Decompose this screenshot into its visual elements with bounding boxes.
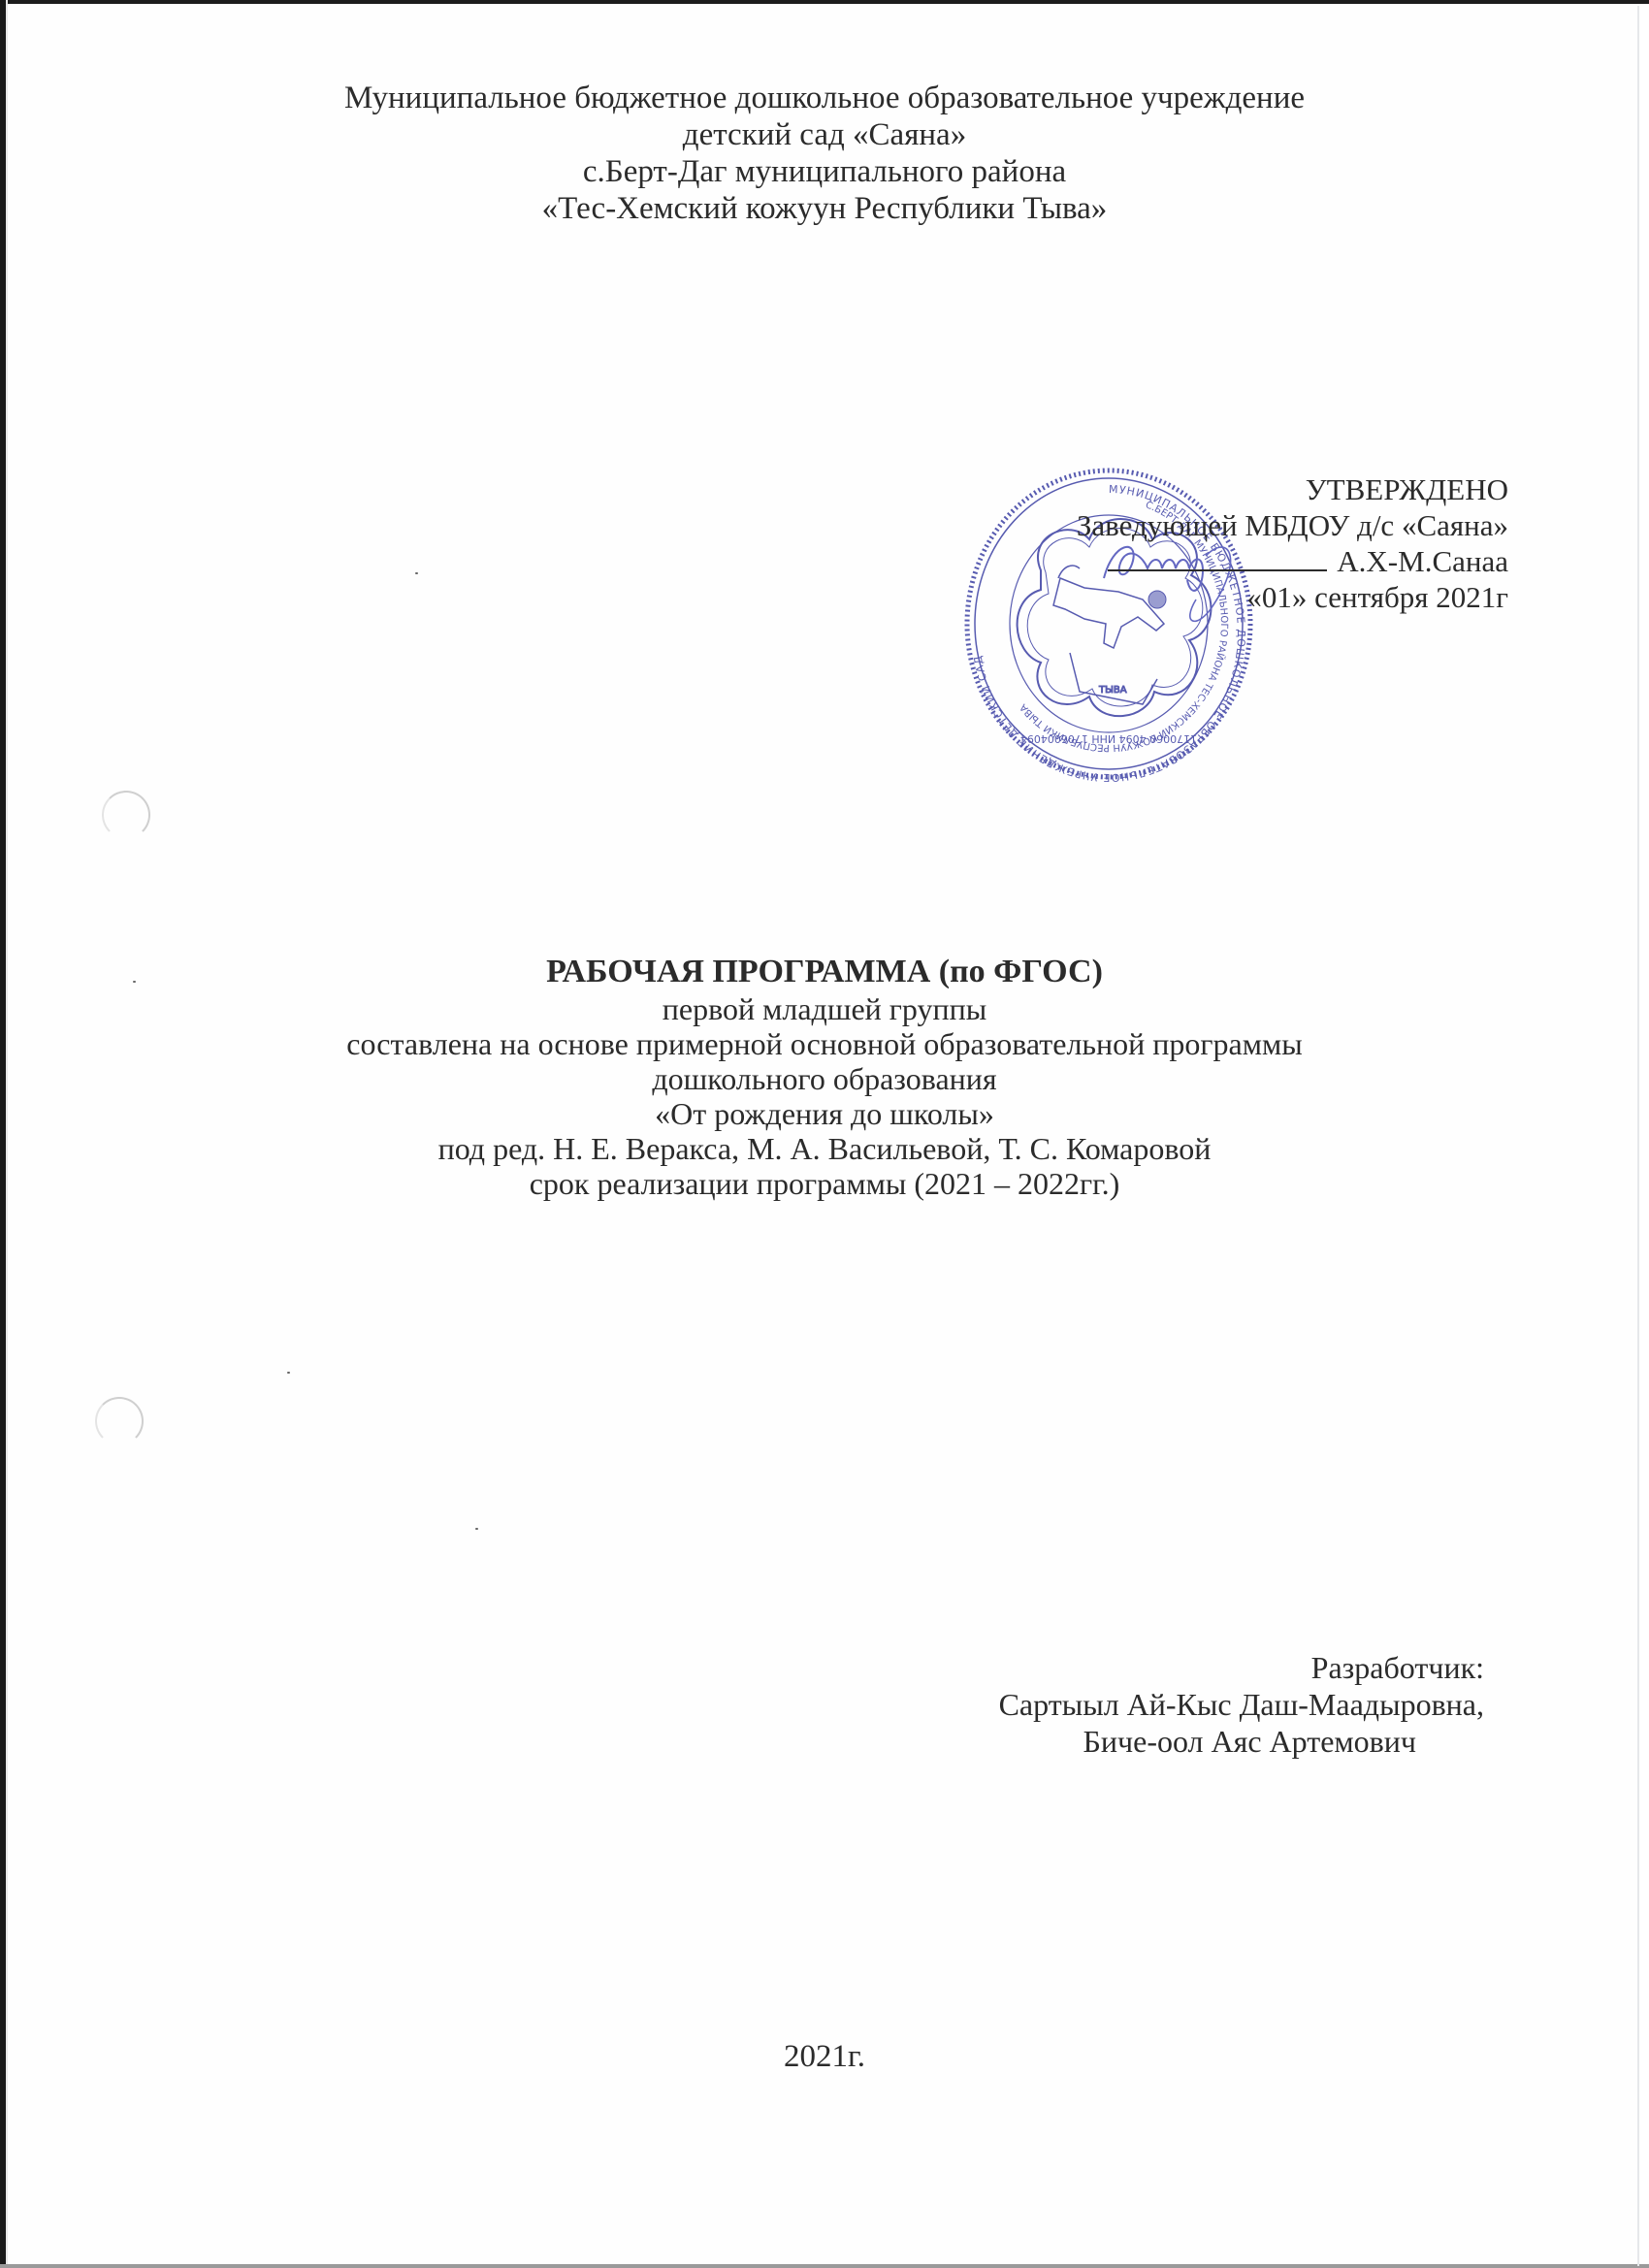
title-line-3: дошкольного образования bbox=[0, 1061, 1649, 1096]
developer-label: Разработчик: bbox=[0, 1649, 1484, 1686]
approval-block: УТВЕРЖДЕНО Заведующей МБДОУ д/с «Саяна» … bbox=[1077, 471, 1508, 615]
header-line-1: Муниципальное бюджетное дошкольное образ… bbox=[0, 80, 1649, 116]
signature-line bbox=[1108, 546, 1327, 571]
approver-name: А.Х-М.Санаа bbox=[1337, 543, 1508, 579]
scan-speck bbox=[415, 572, 418, 574]
svg-text:1170060 4094 ИНН 1706004094: 1170060 4094 ИНН 1706004094 bbox=[1020, 732, 1197, 745]
header-line-2: детский сад «Саяна» bbox=[0, 116, 1649, 153]
svg-text:ТЫВА: ТЫВА bbox=[1098, 685, 1127, 696]
title-line-1: первой младшей группы bbox=[0, 991, 1649, 1026]
institution-header: Муниципальное бюджетное дошкольное образ… bbox=[0, 80, 1649, 227]
approver-position: Заведующей МБДОУ д/с «Саяна» bbox=[1077, 507, 1508, 543]
header-line-3: с.Берт-Даг муниципального района bbox=[0, 153, 1649, 190]
title-line-5: под ред. Н. Е. Веракса, М. А. Васильевой… bbox=[0, 1131, 1649, 1166]
signature-row: А.Х-М.Санаа bbox=[1077, 543, 1508, 579]
approval-date: «01» сентября 2021г bbox=[1077, 579, 1508, 615]
document-title: РАБОЧАЯ ПРОГРАММА (по ФГОС) bbox=[0, 953, 1649, 991]
approved-label: УТВЕРЖДЕНО bbox=[1077, 471, 1508, 507]
title-line-6: срок реализации программы (2021 – 2022гг… bbox=[0, 1166, 1649, 1201]
title-line-4: «От рождения до школы» bbox=[0, 1096, 1649, 1131]
program-title-block: РАБОЧАЯ ПРОГРАММА (по ФГОС) первой младш… bbox=[0, 953, 1649, 1201]
punch-hole-icon bbox=[95, 1397, 144, 1445]
document-year: 2021г. bbox=[0, 2039, 1649, 2075]
punch-hole-icon bbox=[102, 791, 150, 839]
developer-name-1: Сартыыл Ай-Кыс Даш-Маадыровна, bbox=[0, 1686, 1484, 1723]
developer-block: Разработчик: Сартыыл Ай-Кыс Даш-Маадыров… bbox=[0, 1649, 1484, 1760]
header-line-4: «Тес-Хемский кожуун Республики Тыва» bbox=[0, 190, 1649, 227]
scan-speck bbox=[475, 1528, 478, 1530]
scan-speck bbox=[287, 1372, 290, 1374]
developer-name-2: Биче-оол Аяс Артемович bbox=[0, 1723, 1484, 1760]
title-line-2: составлена на основе примерной основной … bbox=[0, 1026, 1649, 1061]
scan-edge-bottom bbox=[0, 2264, 1649, 2268]
